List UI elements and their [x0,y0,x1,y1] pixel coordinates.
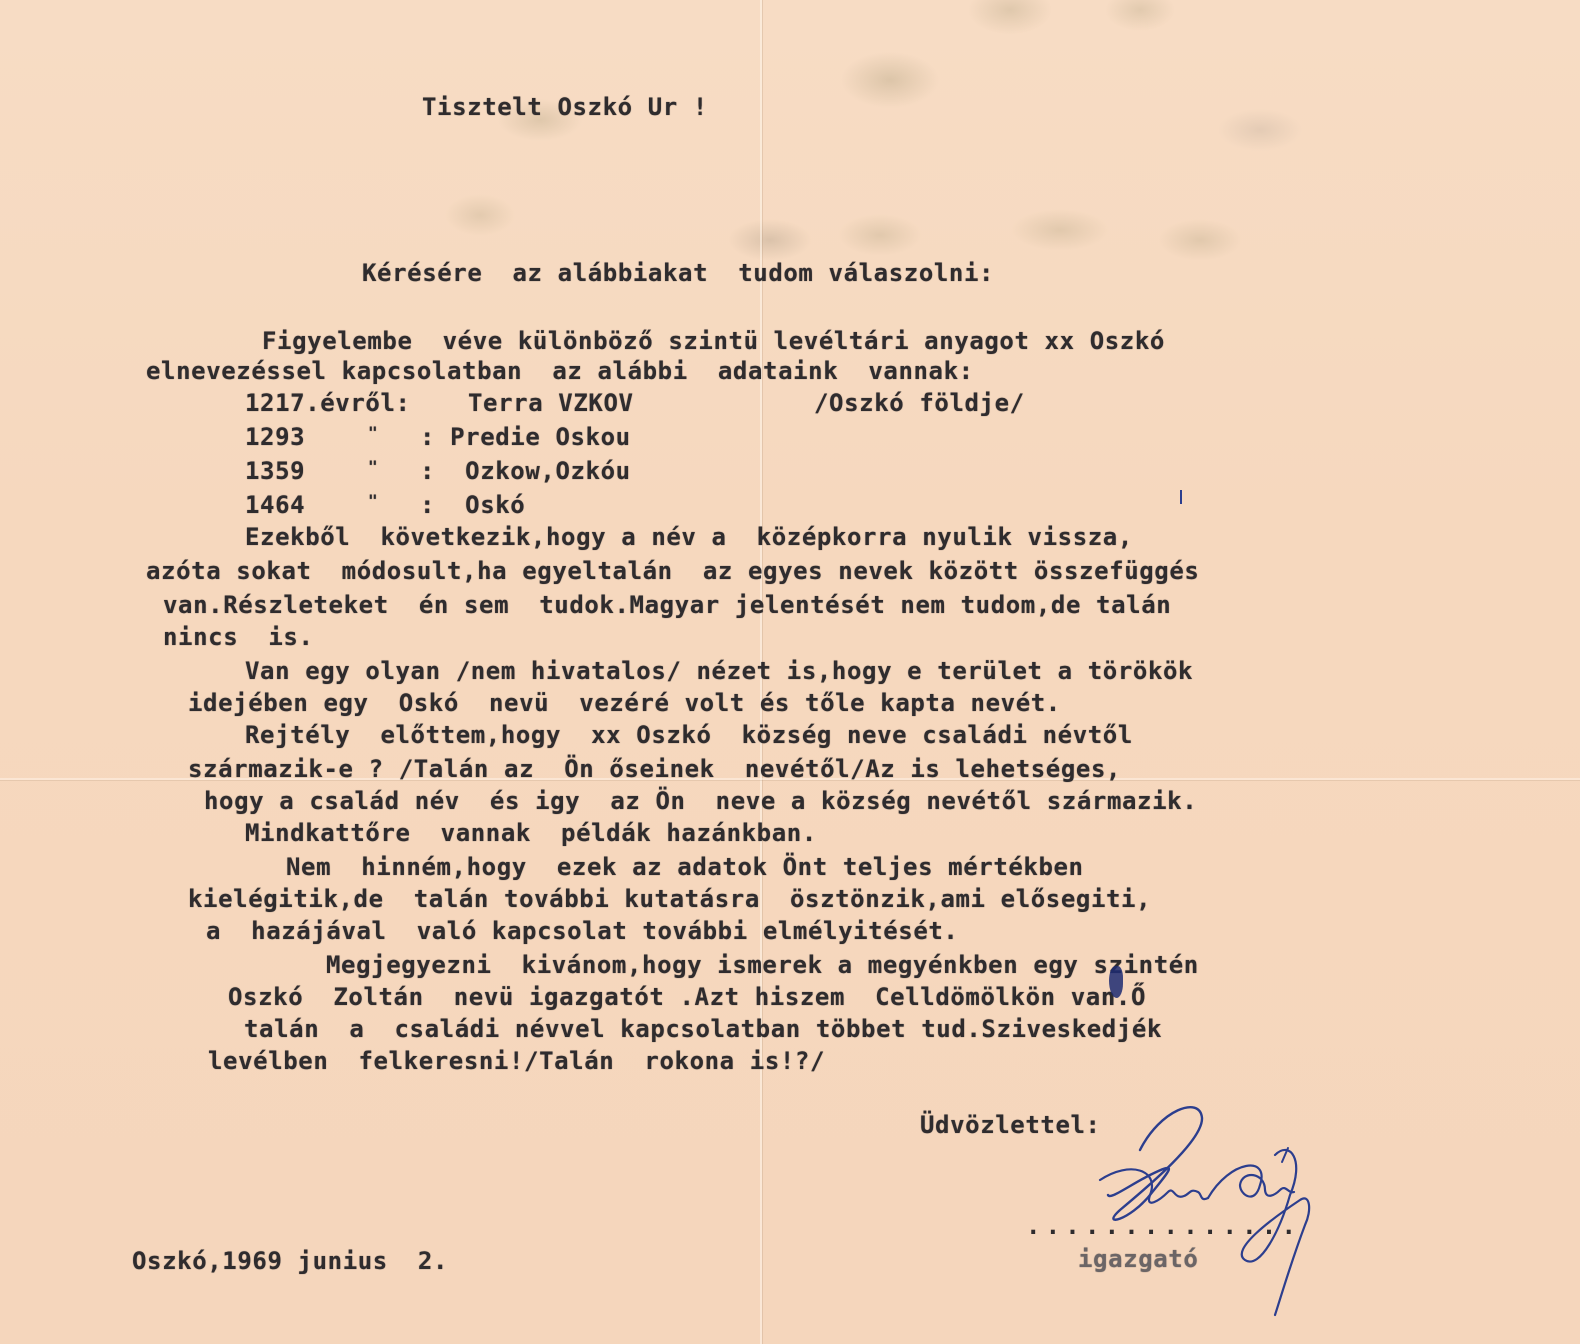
pen-mark [1180,490,1182,504]
record-year: 1464 [245,490,305,520]
record-note: /Oszkó földje/ [814,388,1025,418]
body-line: kielégitik,de talán további kutatásra ös… [188,884,1151,914]
ditto-mark: " [368,452,378,482]
record-name: : Ozkow,Ozkóu [420,456,631,486]
body-line: hogy a család név és igy az Ön neve a kö… [204,786,1197,816]
closing: Üdvözlettel: [920,1110,1101,1140]
body-line: Van egy olyan /nem hivatalos/ nézet is,h… [245,656,1193,686]
record-name: Terra VZKOV [468,388,634,418]
body-line: van.Részleteket én sem tudok.Magyar jele… [163,590,1171,620]
letter-page: Tisztelt Oszkó Ur ! Kérésére az alábbiak… [0,0,1580,1344]
body-line: Mindkattőre vannak példák hazánkban. [245,818,817,848]
ditto-mark: " [368,418,378,448]
record-name: : Oskó [420,490,525,520]
intro-line-1: Figyelembe véve különböző szintü levéltá… [262,326,1165,356]
body-line: Megjegyezni kivánom,hogy ismerek a megyé… [326,950,1199,980]
body-line: idejében egy Oskó nevü vezéré volt és tő… [188,688,1061,718]
body-line: azóta sokat módosult,ha egyeltalán az eg… [146,556,1199,586]
body-line: Nem hinném,hogy ezek az adatok Önt telje… [286,852,1084,882]
handwritten-signature [1090,1100,1350,1320]
body-line: levélben felkeresni!/Talán rokona is!?/ [208,1046,825,1076]
body-line: talán a családi névvel kapcsolatban több… [244,1014,1162,1044]
body-line: származik-e ? /Talán az Ön őseinek nevét… [188,754,1121,784]
ditto-mark: " [368,486,378,516]
record-year: 1359 [245,456,305,486]
body-line: a hazájával való kapcsolat további elmél… [206,916,958,946]
body-line: Oszkó Zoltán nevü igazgatót .Azt hiszem … [228,982,1146,1012]
record-year: 1293 [245,422,305,452]
intro-line-2: elnevezéssel kapcsolatban az alábbi adat… [146,356,974,386]
record-year: 1217.évről: [245,388,411,418]
salutation: Tisztelt Oszkó Ur ! [422,92,708,122]
body-line: Rejtély előttem,hogy xx Oszkó község nev… [245,720,1133,750]
body-line: nincs is. [163,622,314,652]
place-date: Oszkó,1969 junius 2. [132,1246,448,1276]
heading: Kérésére az alábbiakat tudom válaszolni: [362,258,994,288]
record-name: : Predie Oskou [420,422,631,452]
body-line: Ezekből következik,hogy a név a középkor… [245,522,1133,552]
ink-blot [1109,966,1123,998]
